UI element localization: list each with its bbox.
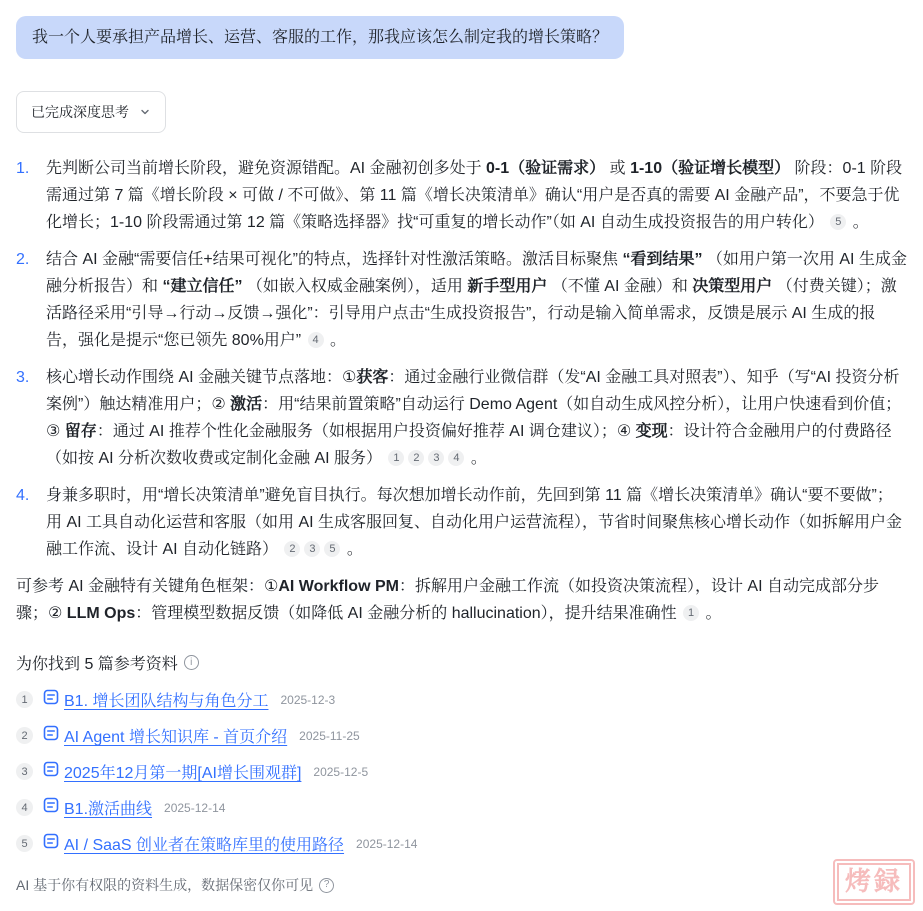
watermark-stamp-text: 烤録 xyxy=(837,863,911,901)
document-icon xyxy=(43,833,59,854)
citation-chip[interactable]: 4 xyxy=(308,332,324,348)
list-item-number: 1. xyxy=(16,155,40,236)
reference-row: 4B1.激活曲线2025-12-14 xyxy=(16,796,907,819)
answer-list: 1.先判断公司当前增长阶段，避免资源错配。AI 金融初创多处于 0-1（验证需求… xyxy=(16,155,907,563)
document-icon xyxy=(43,689,59,710)
reference-link[interactable]: AI Agent 增长知识库 - 首页介绍 xyxy=(43,724,287,747)
answer-list-item: 3.核心增长动作围绕 AI 金融关键节点落地：①获客：通过金融行业微信群（发“A… xyxy=(16,364,907,472)
list-item-text: 身兼多职时，用“增长决策清单”避免盲目执行。每次想加增长动作前，先回到第 11 … xyxy=(46,482,907,563)
reference-title: B1.激活曲线 xyxy=(64,796,152,819)
answer-closing-paragraph: 可参考 AI 金融特有关键角色框架：①AI Workflow PM：拆解用户金融… xyxy=(16,573,907,627)
document-icon xyxy=(43,725,59,746)
chevron-down-icon xyxy=(139,106,151,118)
list-item-number: 4. xyxy=(16,482,40,563)
reference-row: 2AI Agent 增长知识库 - 首页介绍2025-11-25 xyxy=(16,724,907,747)
list-item-number: 3. xyxy=(16,364,40,472)
references-list: 1B1. 增长团队结构与角色分工2025-12-32AI Agent 增长知识库… xyxy=(16,688,907,855)
citation-chip[interactable]: 1 xyxy=(388,450,404,466)
document-icon xyxy=(43,797,59,818)
watermark-stamp: 烤録 xyxy=(833,859,915,905)
reference-link[interactable]: AI / SaaS 创业者在策略库里的使用路径 xyxy=(43,832,344,855)
reference-row: 32025年12月第一期[AI增长围观群]2025-12-5 xyxy=(16,760,907,783)
citation-chip[interactable]: 2 xyxy=(408,450,424,466)
citation-chip[interactable]: 5 xyxy=(324,541,340,557)
bold-text: 获客 xyxy=(356,369,388,386)
reference-date: 2025-11-25 xyxy=(299,729,360,743)
bold-text: 变现 xyxy=(636,423,668,440)
reference-date: 2025-12-14 xyxy=(164,801,225,815)
bold-text: 新手型用户 xyxy=(467,278,547,295)
footer-disclaimer: AI 基于你有权限的资料生成，数据保密仅你可见 ? xyxy=(16,875,907,895)
deep-thinking-label: 已完成深度思考 xyxy=(31,102,129,122)
help-icon[interactable]: ? xyxy=(319,878,334,893)
answer-list-item: 1.先判断公司当前增长阶段，避免资源错配。AI 金融初创多处于 0-1（验证需求… xyxy=(16,155,907,236)
reference-link[interactable]: 2025年12月第一期[AI增长围观群] xyxy=(43,760,301,783)
list-item-number: 2. xyxy=(16,246,40,354)
citation-chip[interactable]: 5 xyxy=(830,214,846,230)
user-message-text: 我一个人要承担产品增长、运营、客服的工作，那我应该怎么制定我的增长策略？ xyxy=(32,29,608,46)
reference-title: 2025年12月第一期[AI增长围观群] xyxy=(64,760,301,783)
bold-text: 0-1（验证需求） xyxy=(486,160,605,177)
list-item-text: 核心增长动作围绕 AI 金融关键节点落地：①获客：通过金融行业微信群（发“AI … xyxy=(46,364,907,472)
reference-row: 1B1. 增长团队结构与角色分工2025-12-3 xyxy=(16,688,907,711)
bold-text: 决策型用户 xyxy=(692,278,772,295)
reference-number-badge: 2 xyxy=(16,727,33,744)
reference-number-badge: 1 xyxy=(16,691,33,708)
bold-text: AI Workflow PM xyxy=(278,578,399,595)
assistant-answer: 1.先判断公司当前增长阶段，避免资源错配。AI 金融初创多处于 0-1（验证需求… xyxy=(16,155,907,627)
reference-title: AI / SaaS 创业者在策略库里的使用路径 xyxy=(64,832,344,855)
bold-text: LLM Ops xyxy=(67,605,135,622)
bold-text: “建立信任” xyxy=(162,278,242,295)
citation-chip[interactable]: 3 xyxy=(428,450,444,466)
list-item-text: 结合 AI 金融“需要信任+结果可视化”的特点，选择针对性激活策略。激活目标聚焦… xyxy=(46,246,907,354)
reference-date: 2025-12-5 xyxy=(313,765,368,779)
references-header-text: 为你找到 5 篇参考资料 xyxy=(16,651,178,674)
reference-date: 2025-12-3 xyxy=(280,693,335,707)
citation-chip[interactable]: 4 xyxy=(448,450,464,466)
reference-row: 5AI / SaaS 创业者在策略库里的使用路径2025-12-14 xyxy=(16,832,907,855)
bold-text: 1-10（验证增长模型） xyxy=(630,160,790,177)
bold-text: 激活 xyxy=(230,396,262,413)
reference-number-badge: 4 xyxy=(16,799,33,816)
bold-text: “看到结果” xyxy=(622,251,702,268)
bold-text: 留存 xyxy=(65,423,97,440)
reference-link[interactable]: B1.激活曲线 xyxy=(43,796,152,819)
reference-date: 2025-12-14 xyxy=(356,837,417,851)
reference-title: B1. 增长团队结构与角色分工 xyxy=(64,688,268,711)
reference-number-badge: 5 xyxy=(16,835,33,852)
user-message-bubble: 我一个人要承担产品增长、运营、客服的工作，那我应该怎么制定我的增长策略？ xyxy=(16,16,624,59)
chat-page: 我一个人要承担产品增长、运营、客服的工作，那我应该怎么制定我的增长策略？ 已完成… xyxy=(0,0,923,911)
citation-chip[interactable]: 1 xyxy=(683,605,699,621)
reference-title: AI Agent 增长知识库 - 首页介绍 xyxy=(64,724,287,747)
answer-list-item: 2.结合 AI 金融“需要信任+结果可视化”的特点，选择针对性激活策略。激活目标… xyxy=(16,246,907,354)
list-item-text: 先判断公司当前增长阶段，避免资源错配。AI 金融初创多处于 0-1（验证需求） … xyxy=(46,155,907,236)
reference-number-badge: 3 xyxy=(16,763,33,780)
references-header: 为你找到 5 篇参考资料 i xyxy=(16,651,907,674)
citation-chip[interactable]: 2 xyxy=(284,541,300,557)
deep-thinking-toggle[interactable]: 已完成深度思考 xyxy=(16,91,166,133)
footer-disclaimer-text: AI 基于你有权限的资料生成，数据保密仅你可见 xyxy=(16,875,313,895)
info-icon[interactable]: i xyxy=(184,655,199,670)
reference-link[interactable]: B1. 增长团队结构与角色分工 xyxy=(43,688,268,711)
answer-list-item: 4.身兼多职时，用“增长决策清单”避免盲目执行。每次想加增长动作前，先回到第 1… xyxy=(16,482,907,563)
citation-chip[interactable]: 3 xyxy=(304,541,320,557)
document-icon xyxy=(43,761,59,782)
